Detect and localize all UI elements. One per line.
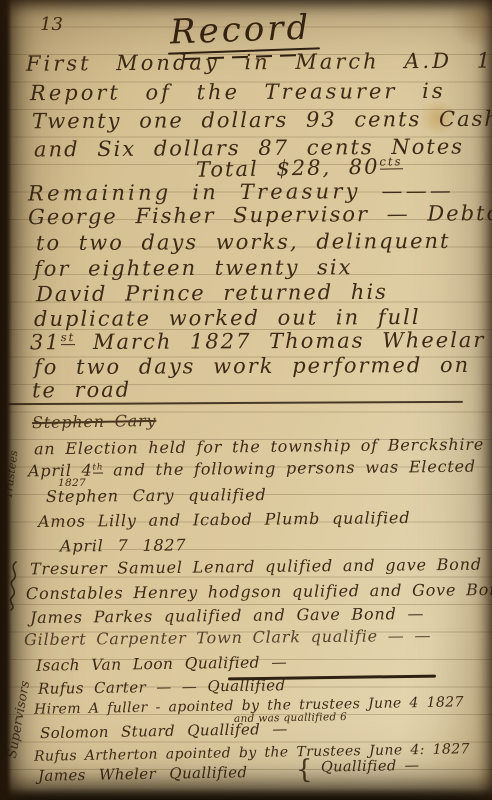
ledger-line: Constables Henrey hodgson qulified and G… (26, 580, 492, 603)
ledger-line: First Monday in March A.D 1827 (26, 48, 492, 76)
ledger-line: Rufus Carter — — Quallified (38, 676, 286, 697)
ledger-line: for eighteen twenty six (34, 255, 353, 281)
ledger-line-total: Total $28, 80cts (196, 154, 403, 182)
ledger-line: Stephen Cary qualified (46, 485, 267, 506)
brace-mark: { (296, 755, 313, 785)
ledger-line-struck: Stephen Cary (32, 411, 157, 432)
ordinal-superscript: th (92, 462, 103, 473)
book-spine-edge (0, 0, 12, 800)
ledger-line: Amos Lilly and Icabod Plumb qualified (38, 508, 410, 531)
ledger-page-photo: 13 Record First Monday in March A.D 1827… (0, 0, 492, 800)
ledger-annotation-qualified: {Quallified — (296, 753, 420, 785)
cents-superscript: cts (379, 154, 402, 169)
ledger-line: te road (32, 378, 131, 403)
ledger-line: April 7 1827 (60, 535, 187, 555)
book-bottom-edge (0, 788, 492, 800)
ledger-line-dated: 31st March 1827 Thomas Wheelar Cr (30, 328, 492, 355)
ledger-line: Isach Van Loon Qualified — (36, 653, 287, 675)
ledger-line: Twenty one dollars 93 cents Cash (32, 107, 492, 133)
ledger-line: George Fisher Supervisor — Debtor (28, 201, 492, 229)
ledger-line: Report of the Treasurer is (30, 79, 446, 105)
ledger-line: James Wheler Quallified (38, 763, 248, 785)
ledger-line: David Prince returned his (36, 280, 388, 306)
ordinal-superscript: st (61, 330, 76, 345)
page-number: 13 (40, 14, 63, 35)
page-title: Record (169, 8, 312, 53)
ledger-line: duplicate worked out in full (34, 305, 421, 331)
ledger-line: to two days works, delinquent (36, 229, 451, 255)
ledger-line: fo two days work performed on (34, 353, 470, 379)
